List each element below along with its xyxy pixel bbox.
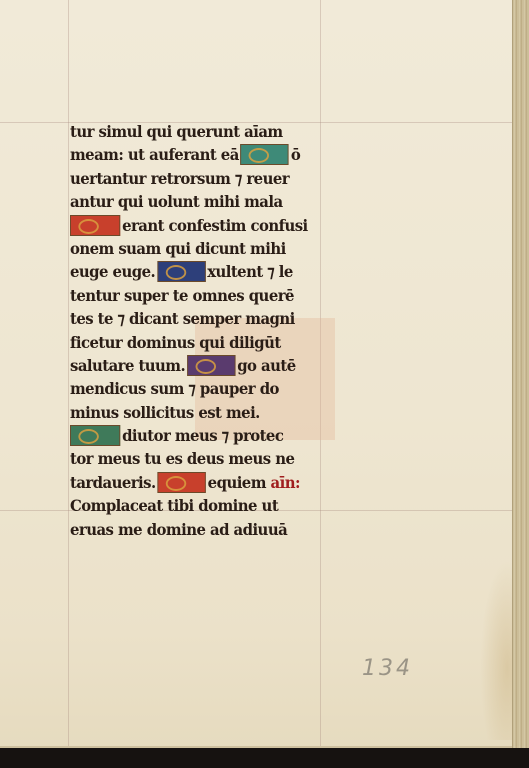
text-line: eruas me domine ad adiuuā bbox=[70, 518, 323, 541]
text-line: tur simul qui querunt aīam bbox=[70, 120, 323, 143]
illuminated-initial bbox=[157, 261, 205, 282]
text-line: antur qui uolunt mihi mala bbox=[70, 190, 323, 213]
manuscript-page: tur simul qui querunt aīam meam: ut aufe… bbox=[0, 0, 514, 748]
text-line: tardaueris.equiem aīn: bbox=[70, 471, 323, 494]
text-line: uertantur retrorsum ⁊ reuer bbox=[70, 167, 323, 190]
text-block: tur simul qui querunt aīam meam: ut aufe… bbox=[70, 120, 342, 541]
illuminated-initial bbox=[70, 425, 120, 446]
text-line: tentur super te omnes querē bbox=[70, 284, 323, 307]
text-line: tor meus tu es deus meus ne bbox=[70, 447, 323, 470]
text-line: Complaceat tibi domine ut bbox=[70, 494, 323, 517]
ruling-line bbox=[68, 0, 69, 746]
text-line: tes te ⁊ dicant semper magni bbox=[70, 307, 323, 330]
rubric-text: aīn: bbox=[271, 473, 300, 492]
text-line: onem suam qui dicunt mihi bbox=[70, 237, 323, 260]
background-shadow bbox=[0, 748, 529, 768]
text-line: diutor meus ⁊ protec bbox=[70, 424, 323, 447]
text-line: mendicus sum ⁊ pauper do bbox=[70, 377, 323, 400]
text-line: euge euge.xultent ⁊ le bbox=[70, 260, 323, 283]
illuminated-initial bbox=[70, 215, 120, 236]
text-line: salutare tuum.go autē bbox=[70, 354, 323, 377]
text-line: ficetur dominus qui diligūt bbox=[70, 331, 323, 354]
text-line: erant confestim confusi bbox=[70, 214, 323, 237]
page-edges bbox=[512, 0, 529, 748]
text-line: meam: ut auferant eāō bbox=[70, 143, 323, 166]
illuminated-initial bbox=[241, 144, 289, 165]
folio-number: 134 bbox=[362, 656, 413, 681]
text-line: minus sollicitus est mei. bbox=[70, 401, 323, 424]
foxing-stain bbox=[480, 560, 514, 740]
illuminated-initial bbox=[187, 355, 235, 376]
illuminated-initial bbox=[157, 472, 205, 493]
